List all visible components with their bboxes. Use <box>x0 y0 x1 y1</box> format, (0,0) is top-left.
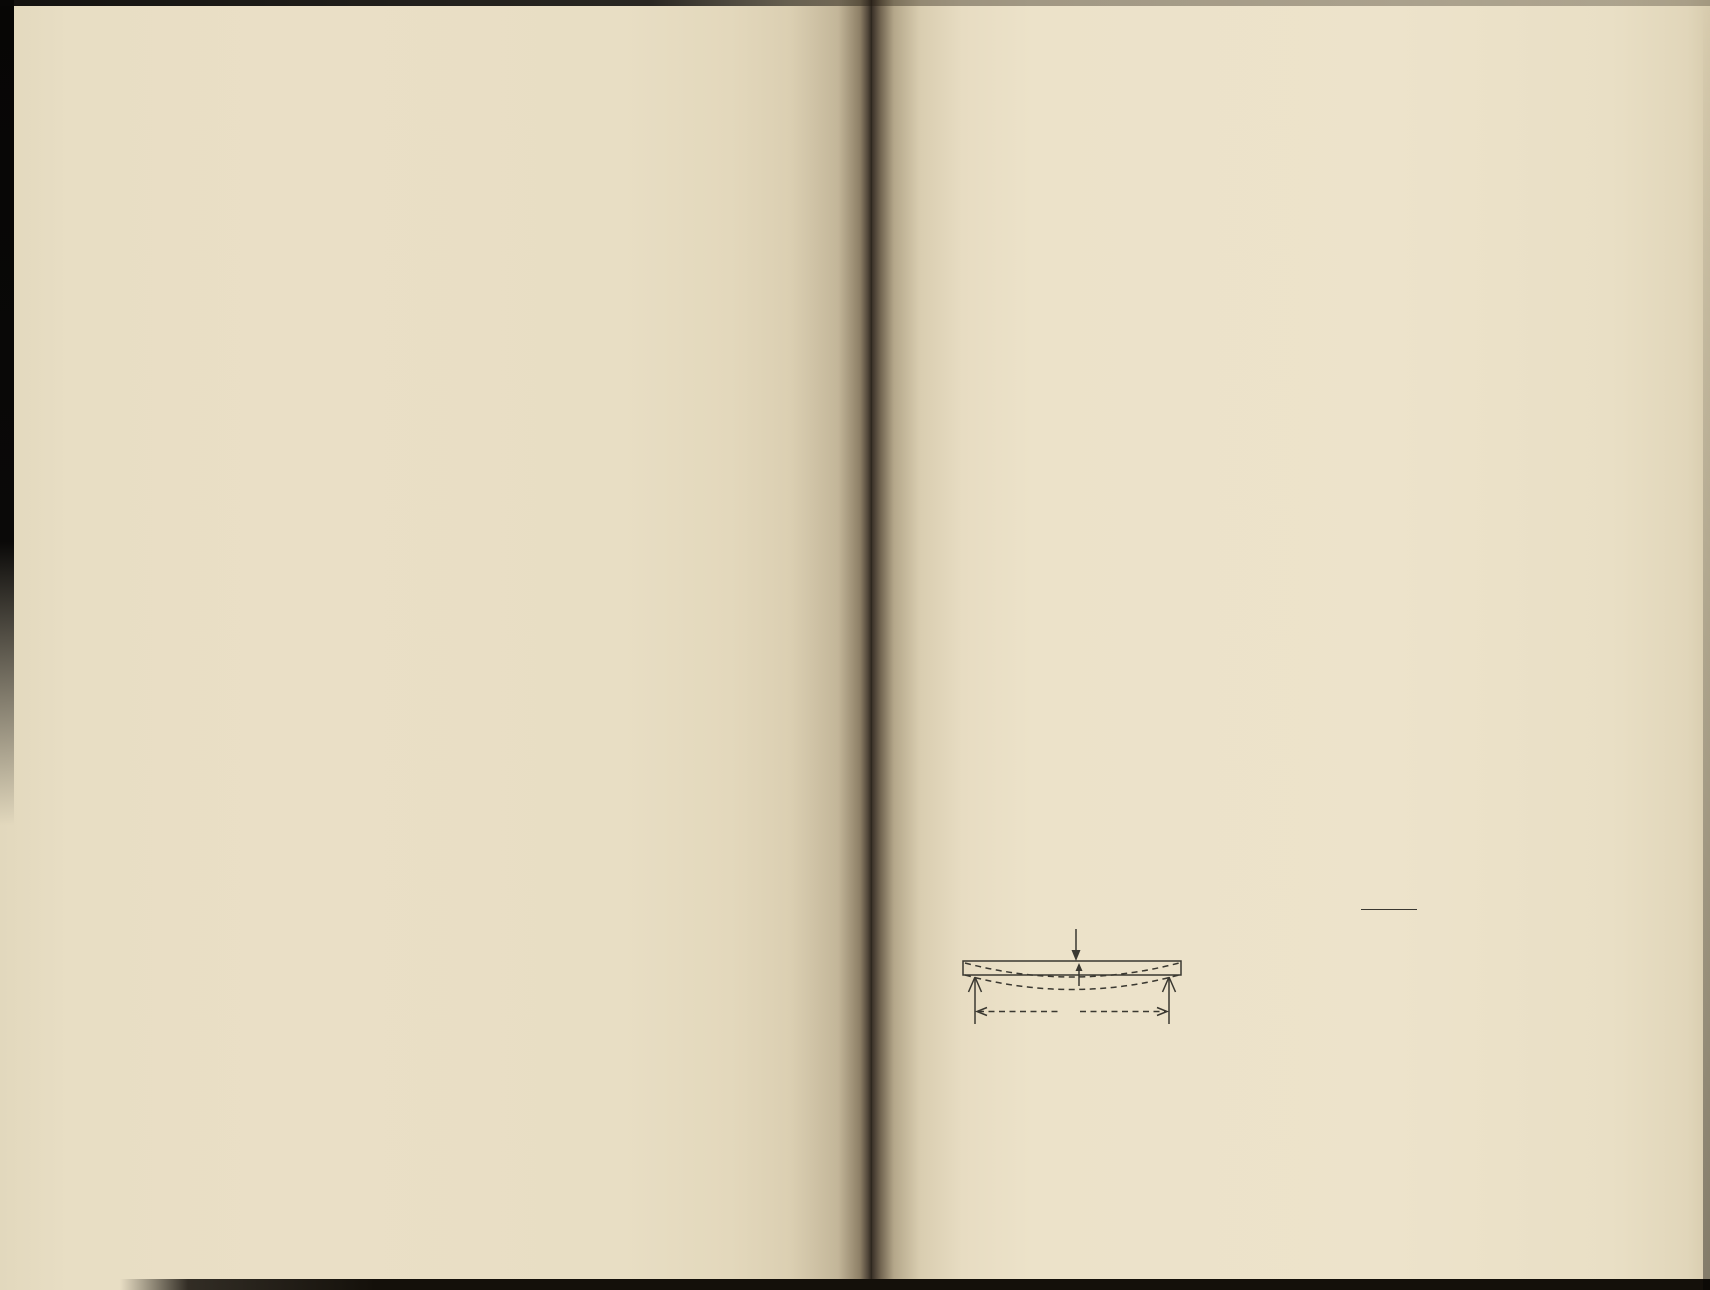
beam-deflection-figure <box>958 903 1204 1040</box>
scan-right-edge-shadow <box>1703 0 1710 1290</box>
formula-numerator <box>1361 908 1417 910</box>
book-scan <box>0 0 1710 1290</box>
footnote-middle-row <box>958 903 1573 1040</box>
stiffness-footnote <box>958 903 1573 1040</box>
footnote-side-column <box>1204 903 1573 951</box>
page-24-header <box>153 82 755 108</box>
beam-deflection-diagram <box>958 911 1204 1033</box>
deflection-formula <box>1204 903 1573 951</box>
scan-top-edge-shadow <box>0 0 1710 6</box>
formula-denominator <box>1361 945 1417 946</box>
page-25 <box>872 0 1710 1290</box>
formula-fraction <box>1361 872 1417 982</box>
deflection-arrowhead <box>1076 963 1083 971</box>
scan-bottom-edge-shadow <box>0 1279 1710 1290</box>
page-24 <box>0 0 872 1290</box>
load-arrowhead <box>1072 950 1081 961</box>
scan-left-edge-shadow <box>0 0 14 1290</box>
beam-outline <box>963 961 1181 975</box>
page-25-header <box>958 86 1573 112</box>
